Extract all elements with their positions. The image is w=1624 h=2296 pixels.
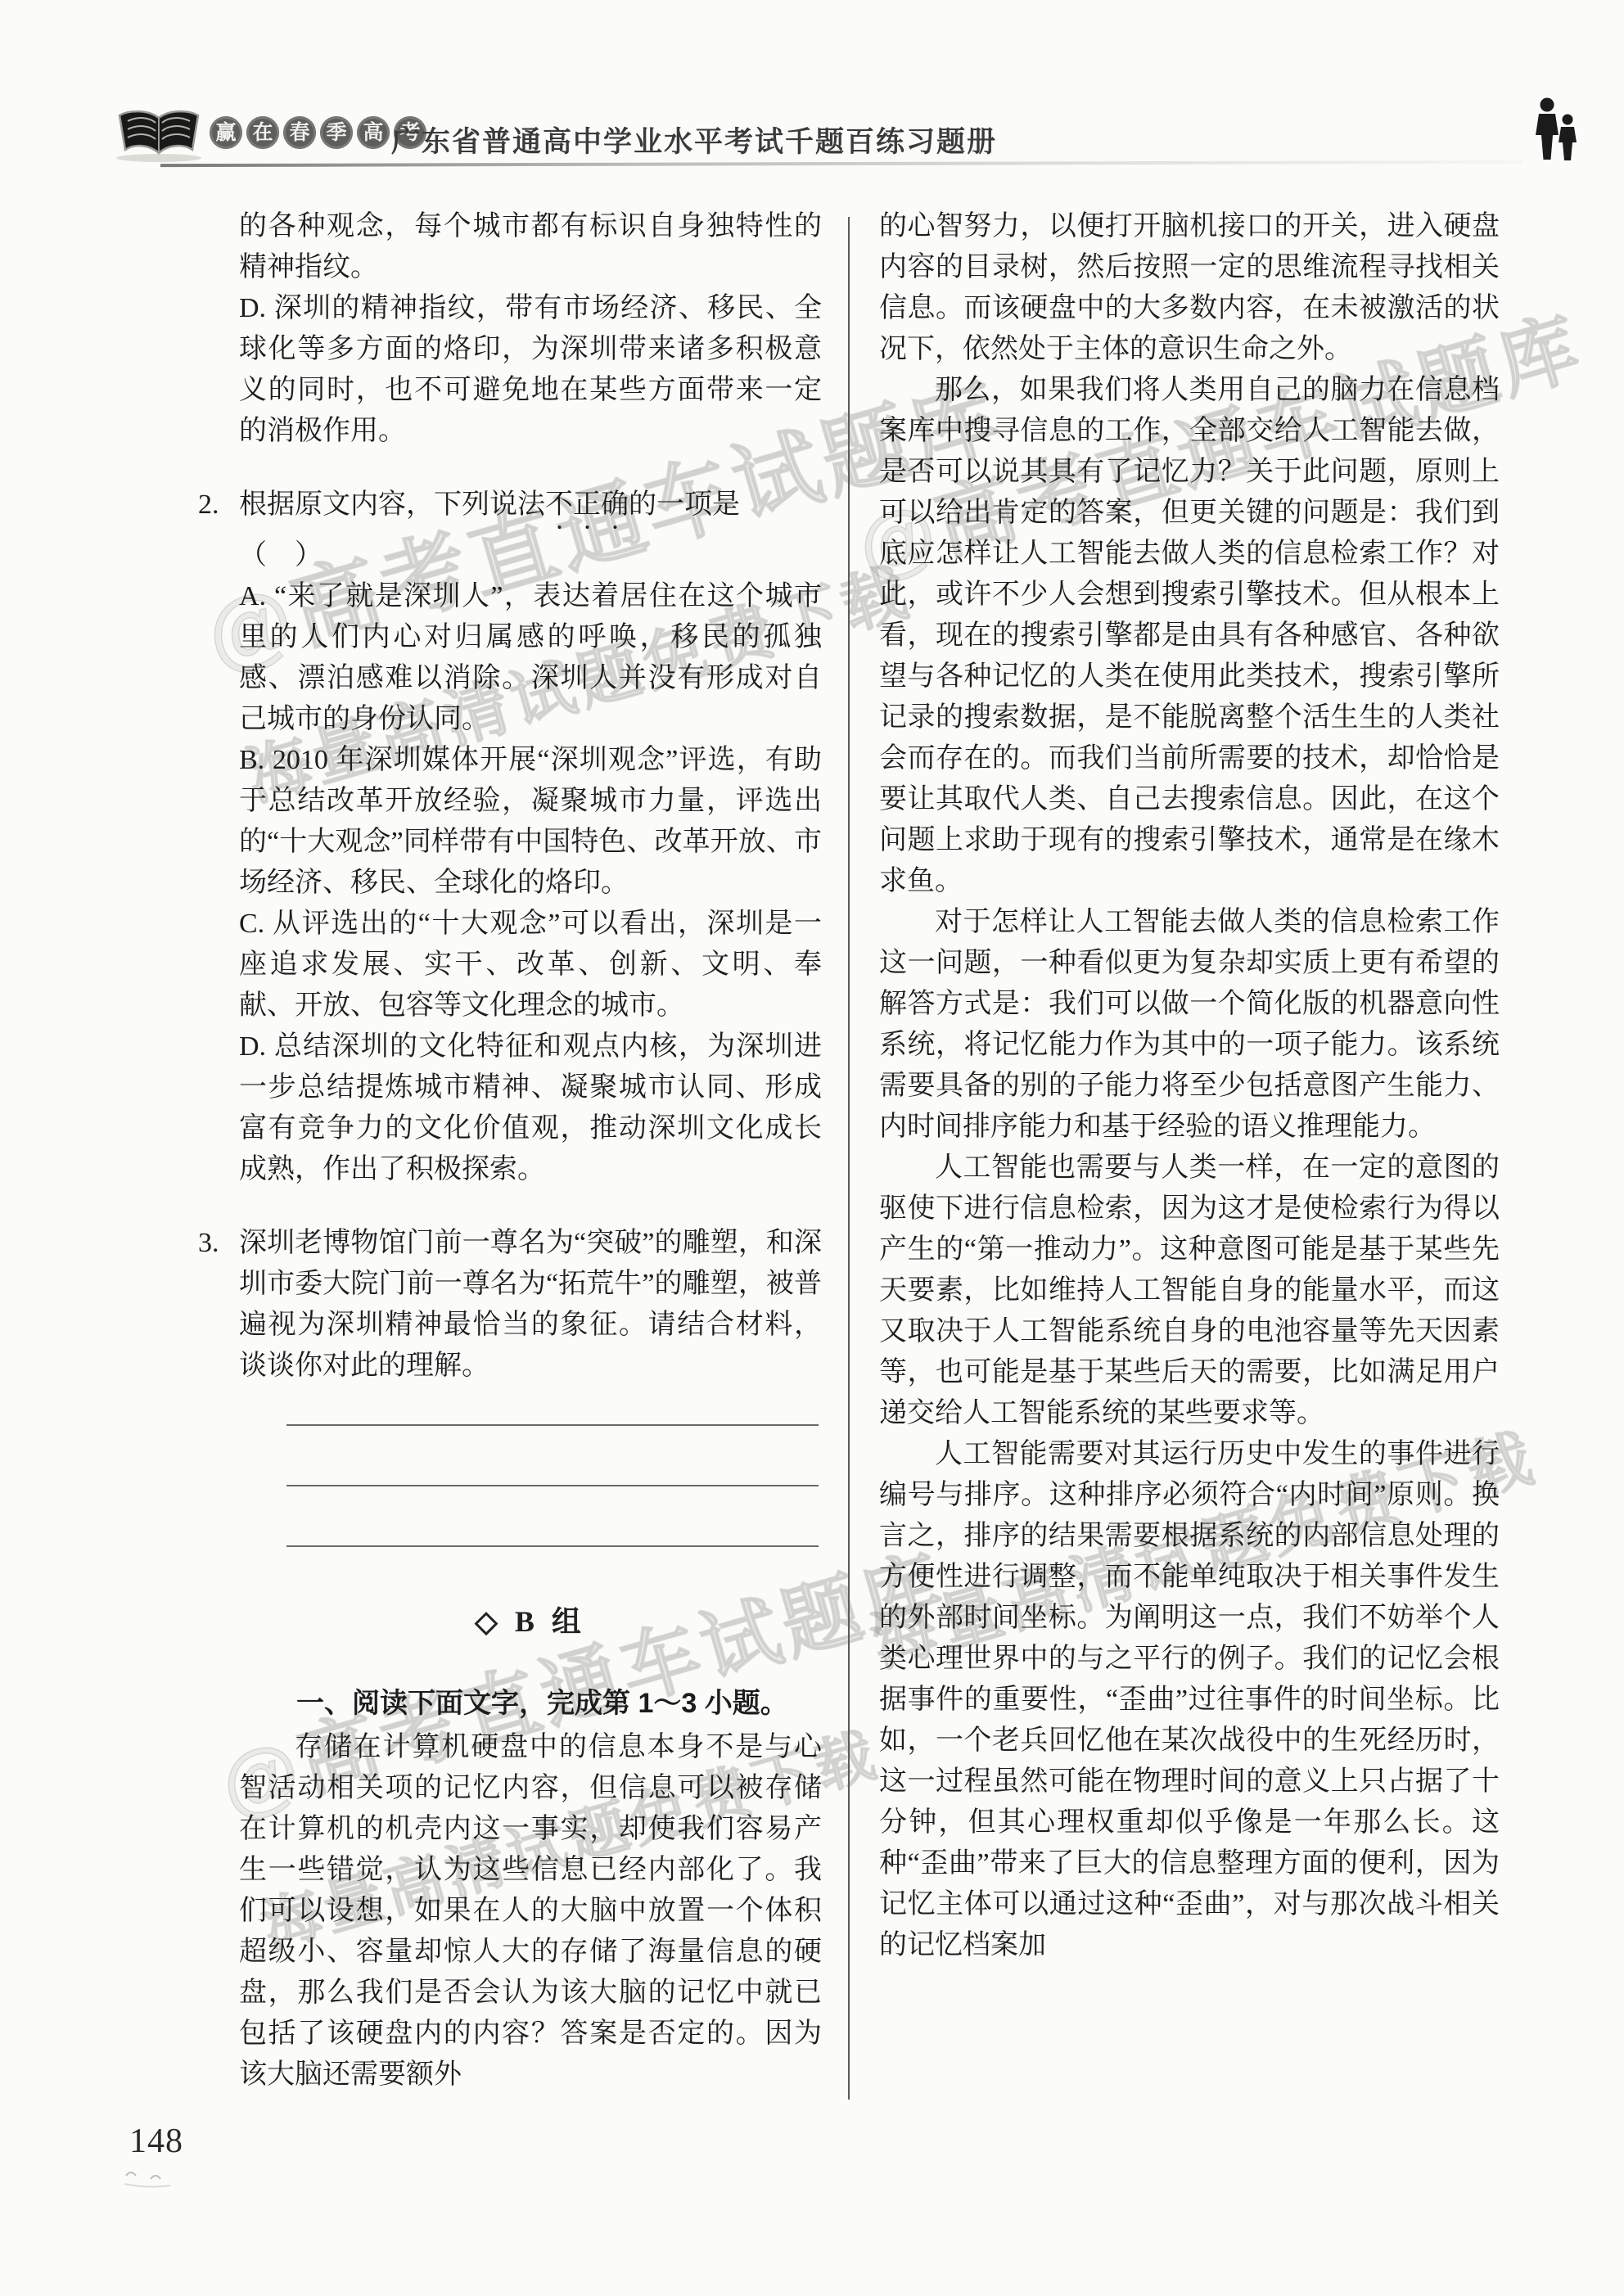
question-2-answer-parentheses: （ ） (239, 535, 822, 576)
q1-option-d: D. 深圳的精神指纹，带有市场经济、移民、全球化等多方面的烙印，为深圳带来诸多积… (239, 288, 822, 452)
question-2-option-c: C. 从评选出的“十大观念”可以看出，深圳是一座追求发展、实干、改革、创新、文明… (239, 904, 822, 1026)
question-3: 3. 深圳老博物馆门前一尊名为“突破”的雕塑，和深圳市委大院门前一尊名为“拓荒牛… (239, 1223, 822, 1387)
brand-badge-char: 季 (320, 116, 353, 149)
answer-line (286, 1424, 819, 1426)
group-b-heading: ◇ B 组 (239, 1601, 822, 1642)
left-column: 的各种观念，每个城市都有标识自身独特性的精神指纹。 D. 深圳的精神指纹，带有市… (239, 206, 822, 2095)
question-2-option-b: B. 2010 年深圳媒体开展“深圳观念”评选，有助于总结改革开放经验，凝聚城市… (239, 740, 822, 904)
question-2-option-a: A. “来了就是深圳人”，表达着居住在这个城市里的人们内心对归属感的呼唤，移民的… (239, 576, 822, 740)
passage-paragraph-continuation: 的心智努力，以便打开脑机接口的开关，进入硬盘内容的目录树，然后按照一定的思维流程… (879, 206, 1500, 370)
answer-line (286, 1485, 819, 1486)
question-3-number: 3. (198, 1223, 219, 1264)
q1-option-continuation: 的各种观念，每个城市都有标识自身独特性的精神指纹。 (239, 206, 822, 288)
right-column: 的心智努力，以便打开脑机接口的开关，进入硬盘内容的目录树，然后按照一定的思维流程… (879, 206, 1500, 1966)
brand-badge-char: 高 (357, 116, 390, 149)
people-icon (1532, 97, 1578, 169)
section-heading: 一、阅读下面文字，完成第 1～3 小题。 (296, 1683, 822, 1724)
page-number-flourish (123, 2167, 221, 2193)
answer-line (286, 1545, 819, 1547)
passage-paragraph: 人工智能需要对其运行历史中发生的事件进行编号与排序。这种排序必须符合“内时间”原… (879, 1434, 1500, 1966)
header-divider-line (160, 160, 1522, 167)
book-title: 广东省普通高中学业水平考试千题百练习题册 (391, 120, 997, 160)
question-2: 2. 根据原文内容，下列说法不正确的一项是 （ ） A. “来了就是深圳人”，表… (239, 485, 822, 1190)
column-divider-line (848, 217, 850, 2100)
page-number: 148 (129, 2122, 183, 2161)
passage-paragraph: 存储在计算机硬盘中的信息本身不是与心智活动相关项的记忆内容，但信息可以被存储在计… (239, 1727, 822, 2095)
passage-paragraph: 人工智能也需要与人类一样，在一定的意图的驱使下进行信息检索，因为这才是使检索行为… (879, 1148, 1500, 1434)
brand-badge-char: 赢 (210, 116, 242, 149)
question-2-number: 2. (198, 485, 219, 526)
brand-badge-char: 春 (283, 116, 316, 149)
passage-paragraph: 那么，如果我们将人类用自己的脑力在信息档案库中搜寻信息的工作，全部交给人工智能去… (879, 370, 1500, 902)
question-2-stem: 根据原文内容，下列说法不正确的一项是 (239, 485, 822, 535)
page-header: 赢 在 春 季 高 考 广东省普通高中学业水平考试千题百练习题册 (0, 0, 1624, 188)
stem-text: 根据原文内容，下列说法 (239, 489, 545, 520)
open-book-icon (113, 106, 205, 169)
brand-badge-char: 在 (246, 116, 279, 149)
question-2-option-d: D. 总结深圳的文化特征和观点内核，为深圳进一步总结提炼城市精神、凝聚城市认同、… (239, 1026, 822, 1190)
reading-passage: 存储在计算机硬盘中的信息本身不是与心智活动相关项的记忆内容，但信息可以被存储在计… (239, 1727, 822, 2095)
stem-emphasized-text: 不正确 (545, 489, 629, 520)
question-3-text: 深圳老博物馆门前一尊名为“突破”的雕塑，和深圳市委大院门前一尊名为“拓荒牛”的雕… (239, 1223, 822, 1387)
passage-paragraph: 对于怎样让人工智能去做人类的信息检索工作这一问题，一种看似更为复杂却实质上更有希… (879, 902, 1500, 1148)
stem-text: 的一项是 (629, 489, 740, 520)
answer-writing-area (239, 1424, 822, 1547)
